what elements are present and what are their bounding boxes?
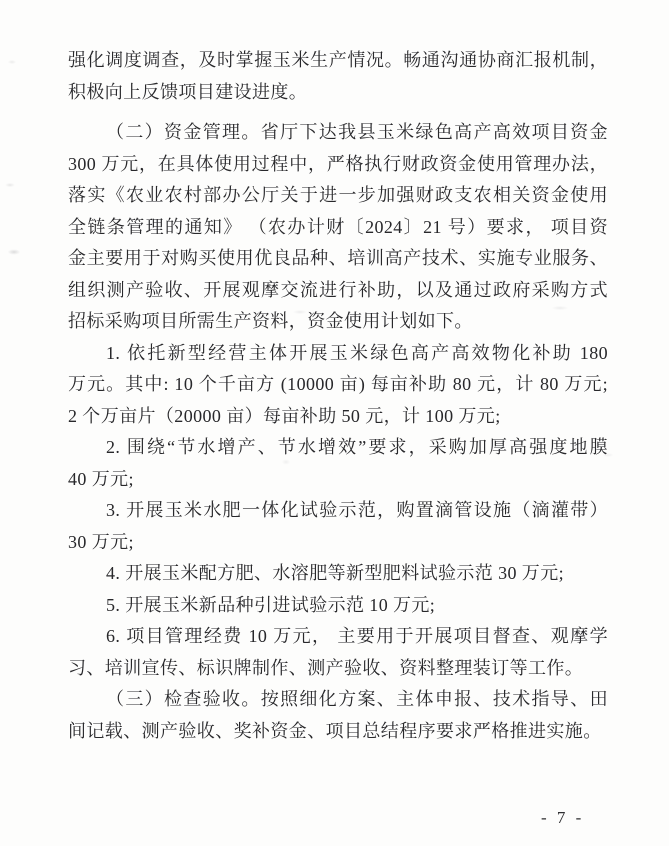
text-line: 2. 围绕“节水增产、节水增效”要求，采购加厚高强度地膜: [68, 432, 608, 464]
text-line: （三）检查验收。按照细化方案、主体申报、技术指导、田: [68, 684, 608, 716]
text-line: 强化调度调查，及时掌握玉米生产情况。畅通沟通协商汇报机制，: [68, 45, 608, 77]
text-line: 6. 项目管理经费 10 万元， 主要用于开展项目督查、观摩学: [68, 621, 608, 653]
text-line: 全链条管理的通知》 （农办计财〔2024〕21 号）要求， 项目资: [68, 212, 608, 244]
text-line: 5. 开展玉米新品种引进试验示范 10 万元;: [68, 590, 608, 622]
scanned-document-page: 强化调度调查，及时掌握玉米生产情况。畅通沟通协商汇报机制， 积极向上反馈项目建设…: [0, 0, 669, 846]
text-line: 1. 依托新型经营主体开展玉米绿色高产高效物化补助 180: [68, 338, 608, 370]
text-line: 金主要用于对购买使用优良品种、培训高产技术、实施专业服务、: [68, 243, 608, 275]
text-line: 4. 开展玉米配方肥、水溶肥等新型肥料试验示范 30 万元;: [68, 558, 608, 590]
text-line: （二）资金管理。省厅下达我县玉米绿色高产高效项目资金: [68, 117, 608, 149]
text-line: 3. 开展玉米水肥一体化试验示范，购置滴管设施（滴灌带）: [68, 495, 608, 527]
text-line: 习、培训宣传、标识牌制作、测产验收、资料整理装订等工作。: [68, 653, 608, 685]
document-body: 强化调度调查，及时掌握玉米生产情况。畅通沟通协商汇报机制， 积极向上反馈项目建设…: [68, 45, 608, 747]
text-line: 招标采购项目所需生产资料，资金使用计划如下。: [68, 306, 608, 338]
text-line: 积极向上反馈项目建设进度。: [68, 77, 608, 109]
text-line: 40 万元;: [68, 464, 608, 496]
text-line: 间记载、测产验收、奖补资金、项目总结程序要求严格推进实施。: [68, 716, 608, 748]
text-line: 30 万元;: [68, 527, 608, 559]
text-line: 2 个万亩片（20000 亩）每亩补助 50 元，计 100 万元;: [68, 401, 608, 433]
text-line: 落实《农业农村部办公厅关于进一步加强财政支农相关资金使用: [68, 180, 608, 212]
page-number: - 7 -: [541, 808, 584, 828]
text-line: 万元。其中: 10 个千亩方 (10000 亩) 每亩补助 80 元，计 80 …: [68, 369, 608, 401]
text-line: 组织测产验收、开展观摩交流进行补助，以及通过政府采购方式: [68, 275, 608, 307]
text-line: 300 万元，在具体使用过程中，严格执行财政资金使用管理办法，: [68, 149, 608, 181]
